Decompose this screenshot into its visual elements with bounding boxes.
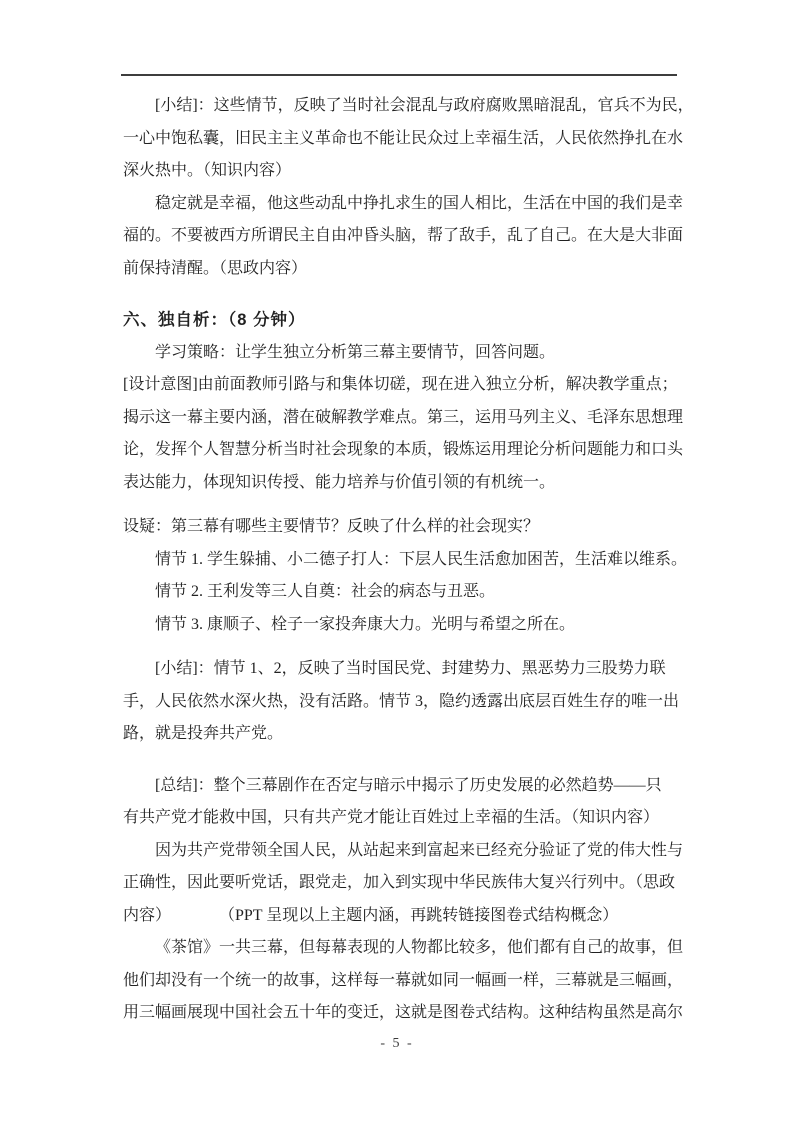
text-line: 前保持清醒。（思政内容） bbox=[123, 253, 676, 286]
text-line: 正确性，因此要听党话，跟党走，加入到实现中华民族伟大复兴行列中。（思政 bbox=[123, 867, 676, 900]
text-line: [小结]：情节 1、2，反映了当时国民党、封建势力、黑恶势力三股势力联 bbox=[123, 653, 676, 686]
text-line: 路，就是投奔共产党。 bbox=[123, 718, 676, 751]
text-line: 论，发挥个人智慧分析当时社会现象的本质，锻炼运用理论分析问题能力和口头 bbox=[123, 434, 676, 467]
text-line: 设疑：第三幕有哪些主要情节？反映了什么样的社会现实？ bbox=[123, 511, 676, 544]
text-line: 用三幅画展现中国社会五十年的变迁，这就是图卷式结构。这种结构虽然是高尔 bbox=[123, 997, 676, 1030]
document-body: [小结]：这些情节，反映了当时社会混乱与政府腐败黑暗混乱，官兵不为民， 一心中饱… bbox=[123, 90, 676, 1030]
text-line: [总结]：整个三幕剧作在否定与暗示中揭示了历史发展的必然趋势——只 bbox=[123, 770, 676, 803]
text-line: 学习策略：让学生独立分析第三幕主要情节，回答问题。 bbox=[123, 337, 676, 370]
text-line: 情节 3. 康顺子、栓子一家投奔康大力。光明与希望之所在。 bbox=[123, 609, 676, 642]
section-heading: 六、独自析：（8 分钟） bbox=[123, 304, 676, 337]
text-line: 《茶馆》一共三幕，但每幕表现的人物都比较多，他们都有自己的故事，但 bbox=[123, 932, 676, 965]
text-line: 一心中饱私囊，旧民主主义革命也不能让民众过上幸福生活，人民依然挣扎在水 bbox=[123, 123, 676, 156]
text-line: 福的。不要被西方所谓民主自由冲昏头脑，帮了敌手，乱了自己。在大是大非面 bbox=[123, 220, 676, 253]
text-line: 稳定就是幸福，他这些动乱中挣扎求生的国人相比，生活在中国的我们是幸 bbox=[123, 188, 676, 221]
document-page: [小结]：这些情节，反映了当时社会混乱与政府腐败黑暗混乱，官兵不为民， 一心中饱… bbox=[0, 0, 794, 1123]
text-line: 有共产党才能救中国，只有共产党才能让百姓过上幸福的生活。（知识内容） bbox=[123, 802, 676, 835]
page-number: - 5 - bbox=[0, 1036, 794, 1052]
text-line: 表达能力，体现知识传授、能力培养与价值引领的有机统一。 bbox=[123, 467, 676, 500]
text-line: [小结]：这些情节，反映了当时社会混乱与政府腐败黑暗混乱，官兵不为民， bbox=[123, 90, 676, 123]
text-line: 情节 1. 学生躲捕、小二德子打人：下层人民生活愈加困苦，生活难以维系。 bbox=[123, 544, 676, 577]
text-line: 揭示这一幕主要内涵，潜在破解教学难点。第三，运用马列主义、毛泽东思想理 bbox=[123, 402, 676, 435]
text-line: 因为共产党带领全国人民，从站起来到富起来已经充分验证了党的伟大性与 bbox=[123, 835, 676, 868]
header-rule bbox=[121, 74, 677, 76]
text-line: 深火热中。（知识内容） bbox=[123, 155, 676, 188]
text-line: [设计意图]由前面教师引路与和集体切磋，现在进入独立分析，解决教学重点； bbox=[123, 369, 676, 402]
text-line: 手，人民依然水深火热，没有活路。情节 3，隐约透露出底层百姓生存的唯一出 bbox=[123, 686, 676, 719]
text-line: 内容） （PPT 呈现以上主题内涵，再跳转链接图卷式结构概念） bbox=[123, 900, 676, 933]
text-line: 情节 2. 王利发等三人自奠：社会的病态与丑恶。 bbox=[123, 576, 676, 609]
text-line: 他们却没有一个统一的故事，这样每一幕就如同一幅画一样，三幕就是三幅画， bbox=[123, 965, 676, 998]
